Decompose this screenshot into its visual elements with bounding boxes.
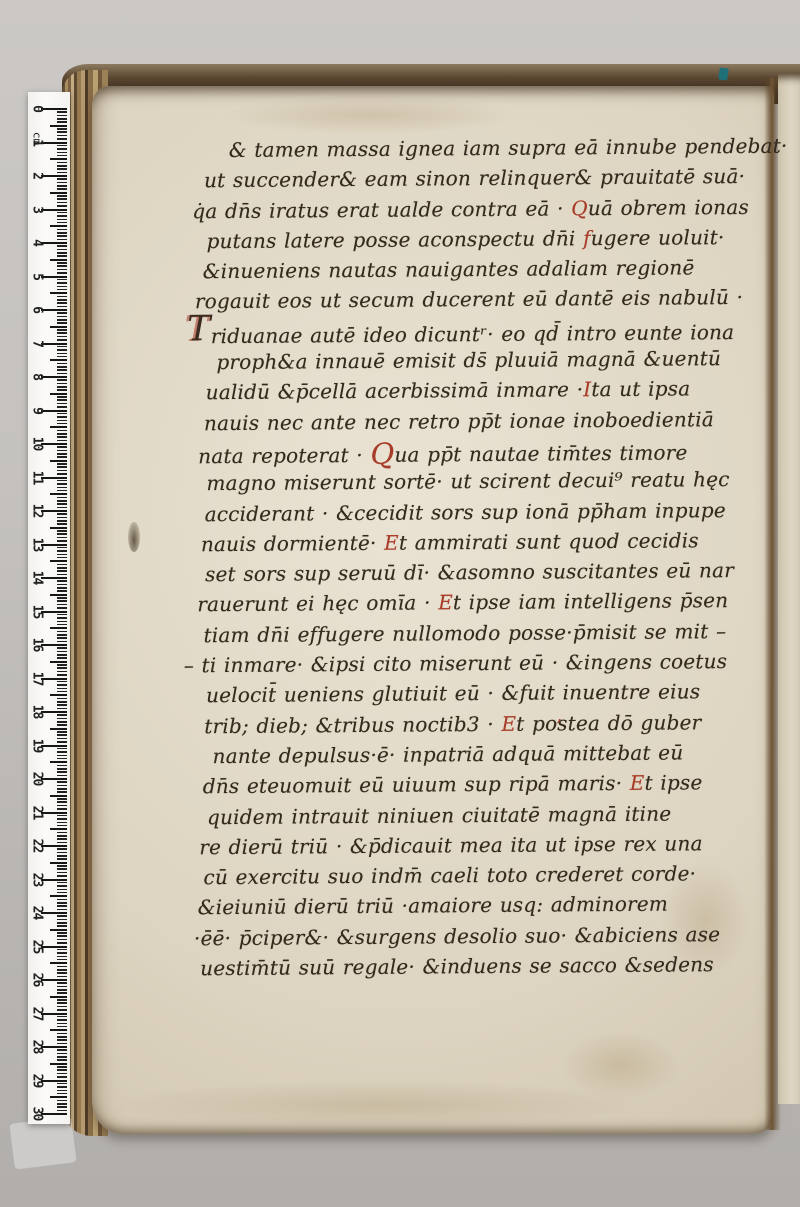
ruler-tick [41, 544, 67, 546]
ruler-tick [57, 932, 67, 934]
manuscript-line: Triduanae autē ideo dicuntʳ· eo qd̄ intr… [187, 313, 763, 348]
ruler-tick [57, 651, 67, 653]
ruler-tick [57, 905, 67, 907]
ruler-tick [50, 493, 67, 495]
ruler-tick [57, 463, 67, 465]
ruler-tick [57, 1056, 67, 1058]
ruler-tick [57, 631, 67, 633]
ruler-tick [57, 182, 67, 184]
ruler-tick [57, 621, 67, 623]
ruler-tick [57, 899, 67, 901]
ruler-tick [57, 245, 67, 247]
ruler-tick [57, 302, 67, 304]
ruler-number: 13 [30, 532, 45, 556]
ruler-number: 5 [30, 264, 45, 288]
ruler-tick [57, 892, 67, 894]
ink-text: ualidū &p̄cellā acerbissimā inmare · [206, 378, 584, 405]
ruler-tick [57, 935, 67, 937]
ruler-tick [57, 587, 67, 589]
ruler-tick [57, 788, 67, 790]
ink-text: rogauit eos ut secum ducerent eū dantē e… [195, 285, 743, 313]
rubricated-letter: E [438, 591, 453, 615]
ruler-tick [57, 925, 67, 927]
ruler-tick [50, 694, 67, 696]
ruler-tick [57, 366, 67, 368]
ruler-tick [57, 155, 67, 157]
ruler-tick [57, 641, 67, 643]
ruler-tick [57, 423, 67, 425]
manuscript-line: set sors sup seruū dī· &asomno suscitan… [205, 555, 765, 590]
ink-text: t ipse [644, 771, 702, 795]
ruler-tick [57, 1083, 67, 1085]
ruler-tick [50, 627, 67, 629]
ruler-number: 20 [30, 767, 45, 791]
ruler-tick [57, 708, 67, 710]
ruler-tick [57, 554, 67, 556]
ruler-tick [57, 959, 67, 961]
ruler-tick [50, 661, 67, 663]
ink-text: t ammirati sunt quod cecidis [399, 528, 699, 554]
ruler-tick [57, 815, 67, 817]
ruler-tick [57, 972, 67, 974]
ruler-tick [57, 135, 67, 137]
ruler-tick [57, 808, 67, 810]
ruler-tick [57, 939, 67, 941]
ink-text: rauerunt ei hęc omīa · [197, 591, 438, 617]
ruler-tick [57, 319, 67, 321]
ruler-tick [57, 389, 67, 391]
ruler-tick [57, 688, 67, 690]
ruler-tick [57, 306, 67, 308]
ruler-tick [57, 282, 67, 284]
ruler-tick [50, 962, 67, 964]
ruler-tick [41, 1046, 67, 1048]
ruler-tick [57, 416, 67, 418]
ink-text: uā obrem ionas [588, 195, 749, 220]
ruler-tick [57, 818, 67, 820]
ink-text: ·ēē· p̄ciper&· &surgens desolio suo· &ab… [194, 922, 720, 950]
ruler-tick [57, 825, 67, 827]
manuscript-line: uestim̄tū suū regale· &induens se sacco … [200, 949, 768, 984]
ruler-tick [57, 262, 67, 264]
ruler-tick [57, 168, 67, 170]
ruler-tick [57, 604, 67, 606]
ink-text: putans latere posse aconspectu dn̄i [206, 226, 583, 253]
ruler-tick [57, 842, 67, 844]
ruler-tick [57, 674, 67, 676]
ruler-tick [57, 835, 67, 837]
teal-bookmark-icon [718, 67, 729, 80]
ruler-tick [57, 178, 67, 180]
ruler-tick [50, 192, 67, 194]
ruler-tick [57, 517, 67, 519]
ruler-tick [57, 567, 67, 569]
ruler-tick [57, 989, 67, 991]
ruler-tick [50, 259, 67, 261]
ruler-tick [41, 309, 67, 311]
manuscript-line: rogauit eos ut secum ducerent eū dantē e… [195, 282, 763, 317]
manuscript-line: &ieiuniū dierū triū ·amaiore usq: admino… [198, 888, 768, 923]
ruler-tick [50, 828, 67, 830]
ruler-tick [57, 919, 67, 921]
ruler-tick [57, 949, 67, 951]
ink-text: nata repoterat · [198, 443, 370, 468]
manuscript-line: nata repoterat · Qua pp̄t nautae tim̄tes… [198, 434, 764, 469]
ruler-number: 11 [30, 465, 45, 489]
ruler-tick [57, 1100, 67, 1102]
ruler-number: 7 [30, 331, 45, 355]
ruler-tick [57, 255, 67, 257]
ruler-tick [57, 128, 67, 130]
ruler-number: 12 [30, 499, 45, 523]
ruler-tick [57, 219, 67, 221]
ruler-tick [50, 929, 67, 931]
ruler-tick [57, 272, 67, 274]
manuscript-line: – ti inmare· &ipsi cito miserunt eū · &i… [184, 646, 766, 681]
ruler-tick [57, 681, 67, 683]
ruler-number: 4 [30, 231, 45, 255]
ruler-tick [57, 698, 67, 700]
ruler-tick [57, 507, 67, 509]
ruler-tick [57, 584, 67, 586]
ruler-tick [57, 570, 67, 572]
ruler-tick [41, 175, 67, 177]
ruler-tick [57, 654, 67, 656]
ruler-tick [57, 617, 67, 619]
ruler-tick [57, 339, 67, 341]
ruler-tick [57, 915, 67, 917]
ruler-tick [57, 771, 67, 773]
ruler-tick [57, 513, 67, 515]
ruler-tick [57, 765, 67, 767]
ruler-tick [57, 450, 67, 452]
ruler-tick [50, 225, 67, 227]
ruler-tick [57, 1086, 67, 1088]
ruler-tick [57, 520, 67, 522]
ruler-tick [57, 145, 67, 147]
ruler-tick [57, 249, 67, 251]
ruler-tick [57, 229, 67, 231]
ruler-tick [57, 118, 67, 120]
ruler-number: 16 [30, 633, 45, 657]
ruler-tick [57, 1002, 67, 1004]
ink-text: uelocit̄ ueniens glutiuit eū · &fuit inu… [206, 680, 700, 708]
ruler-tick [41, 376, 67, 378]
ruler-tick [41, 644, 67, 646]
ruler-number: 3 [30, 197, 45, 221]
ruler-tick [57, 279, 67, 281]
manuscript-line: re dierū triū · &p̄dicauit mea ita ut ip… [199, 828, 767, 863]
ruler-tick [41, 812, 67, 814]
ruler-tick [57, 858, 67, 860]
ruler-tick [57, 1016, 67, 1018]
ruler-tick [57, 433, 67, 435]
ruler-tick [57, 222, 67, 224]
ruler-tick [57, 724, 67, 726]
ruler-tick [57, 373, 67, 375]
ruler-tick [57, 1043, 67, 1045]
ink-text: &inueniens nautas nauigantes adaliam reg… [203, 256, 695, 284]
ruler-tick [57, 205, 67, 207]
next-page-edge [778, 74, 800, 1104]
ruler-tick [41, 477, 67, 479]
ruler-tick [57, 785, 67, 787]
ruler-tick [57, 956, 67, 958]
ruler-tick [57, 312, 67, 314]
ruler-tick [57, 239, 67, 241]
ruler-tick [41, 410, 67, 412]
ruler-tick [41, 142, 67, 144]
ruler-number: 30 [30, 1102, 45, 1126]
ruler-tick [57, 235, 67, 237]
ruler-tick [57, 195, 67, 197]
manuscript-line: &inueniens nautas nauigantes adaliam reg… [203, 252, 763, 287]
ink-text: nante depulsus·ē· inpatriā adquā mitteba… [212, 740, 683, 768]
ruler-tick [57, 982, 67, 984]
ruler-tick [57, 329, 67, 331]
manuscript-line: ut succender& eam sinon relinquer& praui… [204, 161, 762, 196]
ruler-tick [57, 497, 67, 499]
ruler-tick [57, 1053, 67, 1055]
ruler-tick [57, 523, 67, 525]
ruler-tick [57, 232, 67, 234]
ruler-tick [50, 426, 67, 428]
ruler-tick [50, 761, 67, 763]
rubricated-letter: E [501, 711, 516, 735]
ruler-tick [57, 299, 67, 301]
ruler-tick [50, 158, 67, 160]
ruler-tick [50, 862, 67, 864]
manuscript-line: tiam dn̄i effugere nullomodo posse·p̄mis… [203, 616, 765, 651]
manuscript-line: q̇a dn̄s iratus erat ualde contra eā · Q… [192, 191, 762, 226]
ruler-tick [57, 286, 67, 288]
ruler-number: 21 [30, 800, 45, 824]
ruler-tick [57, 805, 67, 807]
rubricated-letter: I [583, 378, 591, 402]
ruler-number: 26 [30, 968, 45, 992]
ruler-tick [57, 172, 67, 174]
ruler-tick [57, 550, 67, 552]
ruler-tick [57, 383, 67, 385]
manuscript-line: & tamen massa ignea iam supra eā innube … [229, 131, 762, 165]
ink-text: & tamen massa ignea iam supra eā innube … [229, 134, 788, 162]
manuscript-line: trib; dieb; &tribus noctib3 · Et postea … [204, 706, 766, 741]
ruler-tick [57, 590, 67, 592]
ruler-tick [57, 533, 67, 535]
manuscript-line: putans latere posse aconspectu dn̄i fuge… [206, 222, 762, 257]
ruler-tick [50, 560, 67, 562]
ink-text: nauis nec ante nec retro pp̄t ionae inob… [204, 407, 714, 435]
ruler-tick [57, 121, 67, 123]
ruler-tick [57, 791, 67, 793]
ruler-tick [50, 594, 67, 596]
ruler-tick [57, 755, 67, 757]
ruler-tick [57, 868, 67, 870]
manuscript-line: nante depulsus·ē· inpatriā adquā mitteba… [212, 737, 766, 772]
ruler-tick [57, 215, 67, 217]
ink-text: t ipse iam intelligens p̄sen [453, 589, 729, 615]
ruler-tick [41, 1113, 67, 1115]
ruler-tick [57, 483, 67, 485]
ruler-tick [57, 1106, 67, 1108]
ruler-tick [57, 600, 67, 602]
ink-text: magno miserunt sortē· ut scirent decui⁹ … [206, 467, 729, 495]
ruler-tick [57, 557, 67, 559]
ink-text: uestim̄tū suū regale· &induens se sacco … [200, 952, 714, 980]
ink-text: quidem intrauit niniuen ciuitatē magnā i… [207, 801, 671, 829]
manuscript-line: dn̄s eteuomuit eū uiuum sup ripā maris· … [203, 767, 767, 802]
ruler-tick [41, 510, 67, 512]
rubricated-letter: E [384, 531, 399, 555]
ruler-tick [57, 798, 67, 800]
ruler-tick [57, 721, 67, 723]
ruler-tick [50, 393, 67, 395]
manuscript-line: proph&a innauē emisit ds̄ pluuiā magnā &… [216, 343, 763, 378]
ruler-tick [57, 430, 67, 432]
ruler-tick [57, 503, 67, 505]
ruler-tick [57, 152, 67, 154]
ruler-tick [57, 115, 67, 117]
ruler-tick [57, 922, 67, 924]
ruler-number: 2 [30, 164, 45, 188]
ruler-tick [57, 1036, 67, 1038]
ruler-tick [57, 580, 67, 582]
ruler-tick [57, 1059, 67, 1061]
ruler-tick [57, 952, 67, 954]
ruler-tick [57, 490, 67, 492]
ruler-tick [57, 473, 67, 475]
ruler-tick [57, 999, 67, 1001]
ruler-tick [57, 734, 67, 736]
ruler-tick [57, 1110, 67, 1112]
ruler-tick [57, 296, 67, 298]
ruler-tick [57, 704, 67, 706]
text-block: & tamen massa ignea iam supra eā innube … [202, 131, 769, 984]
ruler-tick [57, 607, 67, 609]
ruler-tick [57, 322, 67, 324]
ruler-tick [50, 292, 67, 294]
ruler-tick [50, 125, 67, 127]
ink-text: – ti inmare· &ipsi cito miserunt eū · &i… [184, 649, 727, 677]
ink-text: &ieiuniū dierū triū ·amaiore usq: admino… [198, 892, 668, 920]
ruler-tick [57, 403, 67, 405]
ruler-tick [57, 202, 67, 204]
ruler-tick [57, 436, 67, 438]
ruler-tick [57, 969, 67, 971]
margin-mark: ’ [556, 716, 562, 737]
ruler-tick [41, 209, 67, 211]
ink-text: re dierū triū · &p̄dicauit mea ita ut ip… [199, 831, 703, 859]
ruler-number: 9 [30, 398, 45, 422]
ruler-tick [57, 453, 67, 455]
ruler-tick [57, 775, 67, 777]
ruler-tick [57, 336, 67, 338]
ruler-tick [57, 838, 67, 840]
ruler-tick [41, 1080, 67, 1082]
ruler-tick [57, 396, 67, 398]
ruler-number: 14 [30, 566, 45, 590]
ruler-tick [57, 1093, 67, 1095]
ink-text: nauis dormientē· [201, 531, 384, 556]
ruler-tick [57, 909, 67, 911]
ruler-tick [57, 832, 67, 834]
rubricated-letter: Q [370, 439, 394, 469]
ruler-tick [57, 413, 67, 415]
ruler-tick [57, 252, 67, 254]
ruler-tick [57, 986, 67, 988]
rubricated-letter: Q [571, 196, 588, 220]
ruler-tick [57, 185, 67, 187]
ruler-tick [57, 1069, 67, 1071]
ruler-number: 19 [30, 733, 45, 757]
ruler-tick [57, 353, 67, 355]
ruler-tick [57, 768, 67, 770]
ruler-tick [57, 265, 67, 267]
ruler-tick [57, 574, 67, 576]
ruler-tick [57, 212, 67, 214]
ruler-tick [41, 443, 67, 445]
ruler-tick [57, 691, 67, 693]
rubricated-letter: E [630, 771, 645, 795]
ruler-tick [57, 480, 67, 482]
ruler-number: 10 [30, 432, 45, 456]
manuscript-line: rauerunt ei hęc omīa · Et ipse iam intel… [197, 585, 765, 620]
ruler-tick [41, 946, 67, 948]
ruler-tick [41, 276, 67, 278]
manuscript-line: acciderant · &cecidit sors sup ionā pp̄h… [205, 494, 765, 529]
ink-smudge [128, 522, 140, 552]
ruler-tick [57, 363, 67, 365]
ruler-tick [57, 165, 67, 167]
ruler-tick [41, 979, 67, 981]
ruler-tick [57, 848, 67, 850]
ruler-number: 23 [30, 867, 45, 891]
ruler-tick [57, 731, 67, 733]
ruler-tick [57, 332, 67, 334]
ruler-tick [57, 1023, 67, 1025]
manuscript-line: magno miserunt sortē· ut scirent decui⁹ … [206, 464, 764, 499]
ruler-tick [57, 634, 67, 636]
ruler-tick [57, 1006, 67, 1008]
ruler-tick [57, 440, 67, 442]
ruler-tick [41, 745, 67, 747]
ruler: 0123456789101112131415161718192021222324… [28, 92, 70, 1124]
ruler-number: 0 [30, 97, 45, 121]
ruler-tick [50, 728, 67, 730]
ruler-tick [50, 1096, 67, 1098]
ruler-number: 25 [30, 934, 45, 958]
ruler-tick [50, 1029, 67, 1031]
ink-text: q̇a dn̄s iratus erat ualde contra eā · [192, 196, 571, 223]
ink-text: t postea dō guber [516, 710, 701, 735]
ruler-tick [57, 701, 67, 703]
ruler-tick [57, 902, 67, 904]
ruler-tick [57, 530, 67, 532]
ruler-tick [57, 349, 67, 351]
manuscript-line: ualidū &p̄cellā acerbissimā inmare ·Ita … [206, 373, 764, 408]
manuscript-line: nauis nec ante nec retro pp̄t ionae inob… [204, 403, 764, 438]
ruler-number: 24 [30, 901, 45, 925]
ruler-number: 6 [30, 298, 45, 322]
ruler-tick [57, 470, 67, 472]
ruler-tick [57, 269, 67, 271]
initial-letter: T [187, 314, 211, 344]
ruler-tick [57, 198, 67, 200]
ruler-tick [57, 1026, 67, 1028]
ruler-number: 29 [30, 1068, 45, 1092]
ink-text: ua pp̄t nautae tim̄tes timore [394, 440, 687, 466]
ruler-tick [57, 379, 67, 381]
